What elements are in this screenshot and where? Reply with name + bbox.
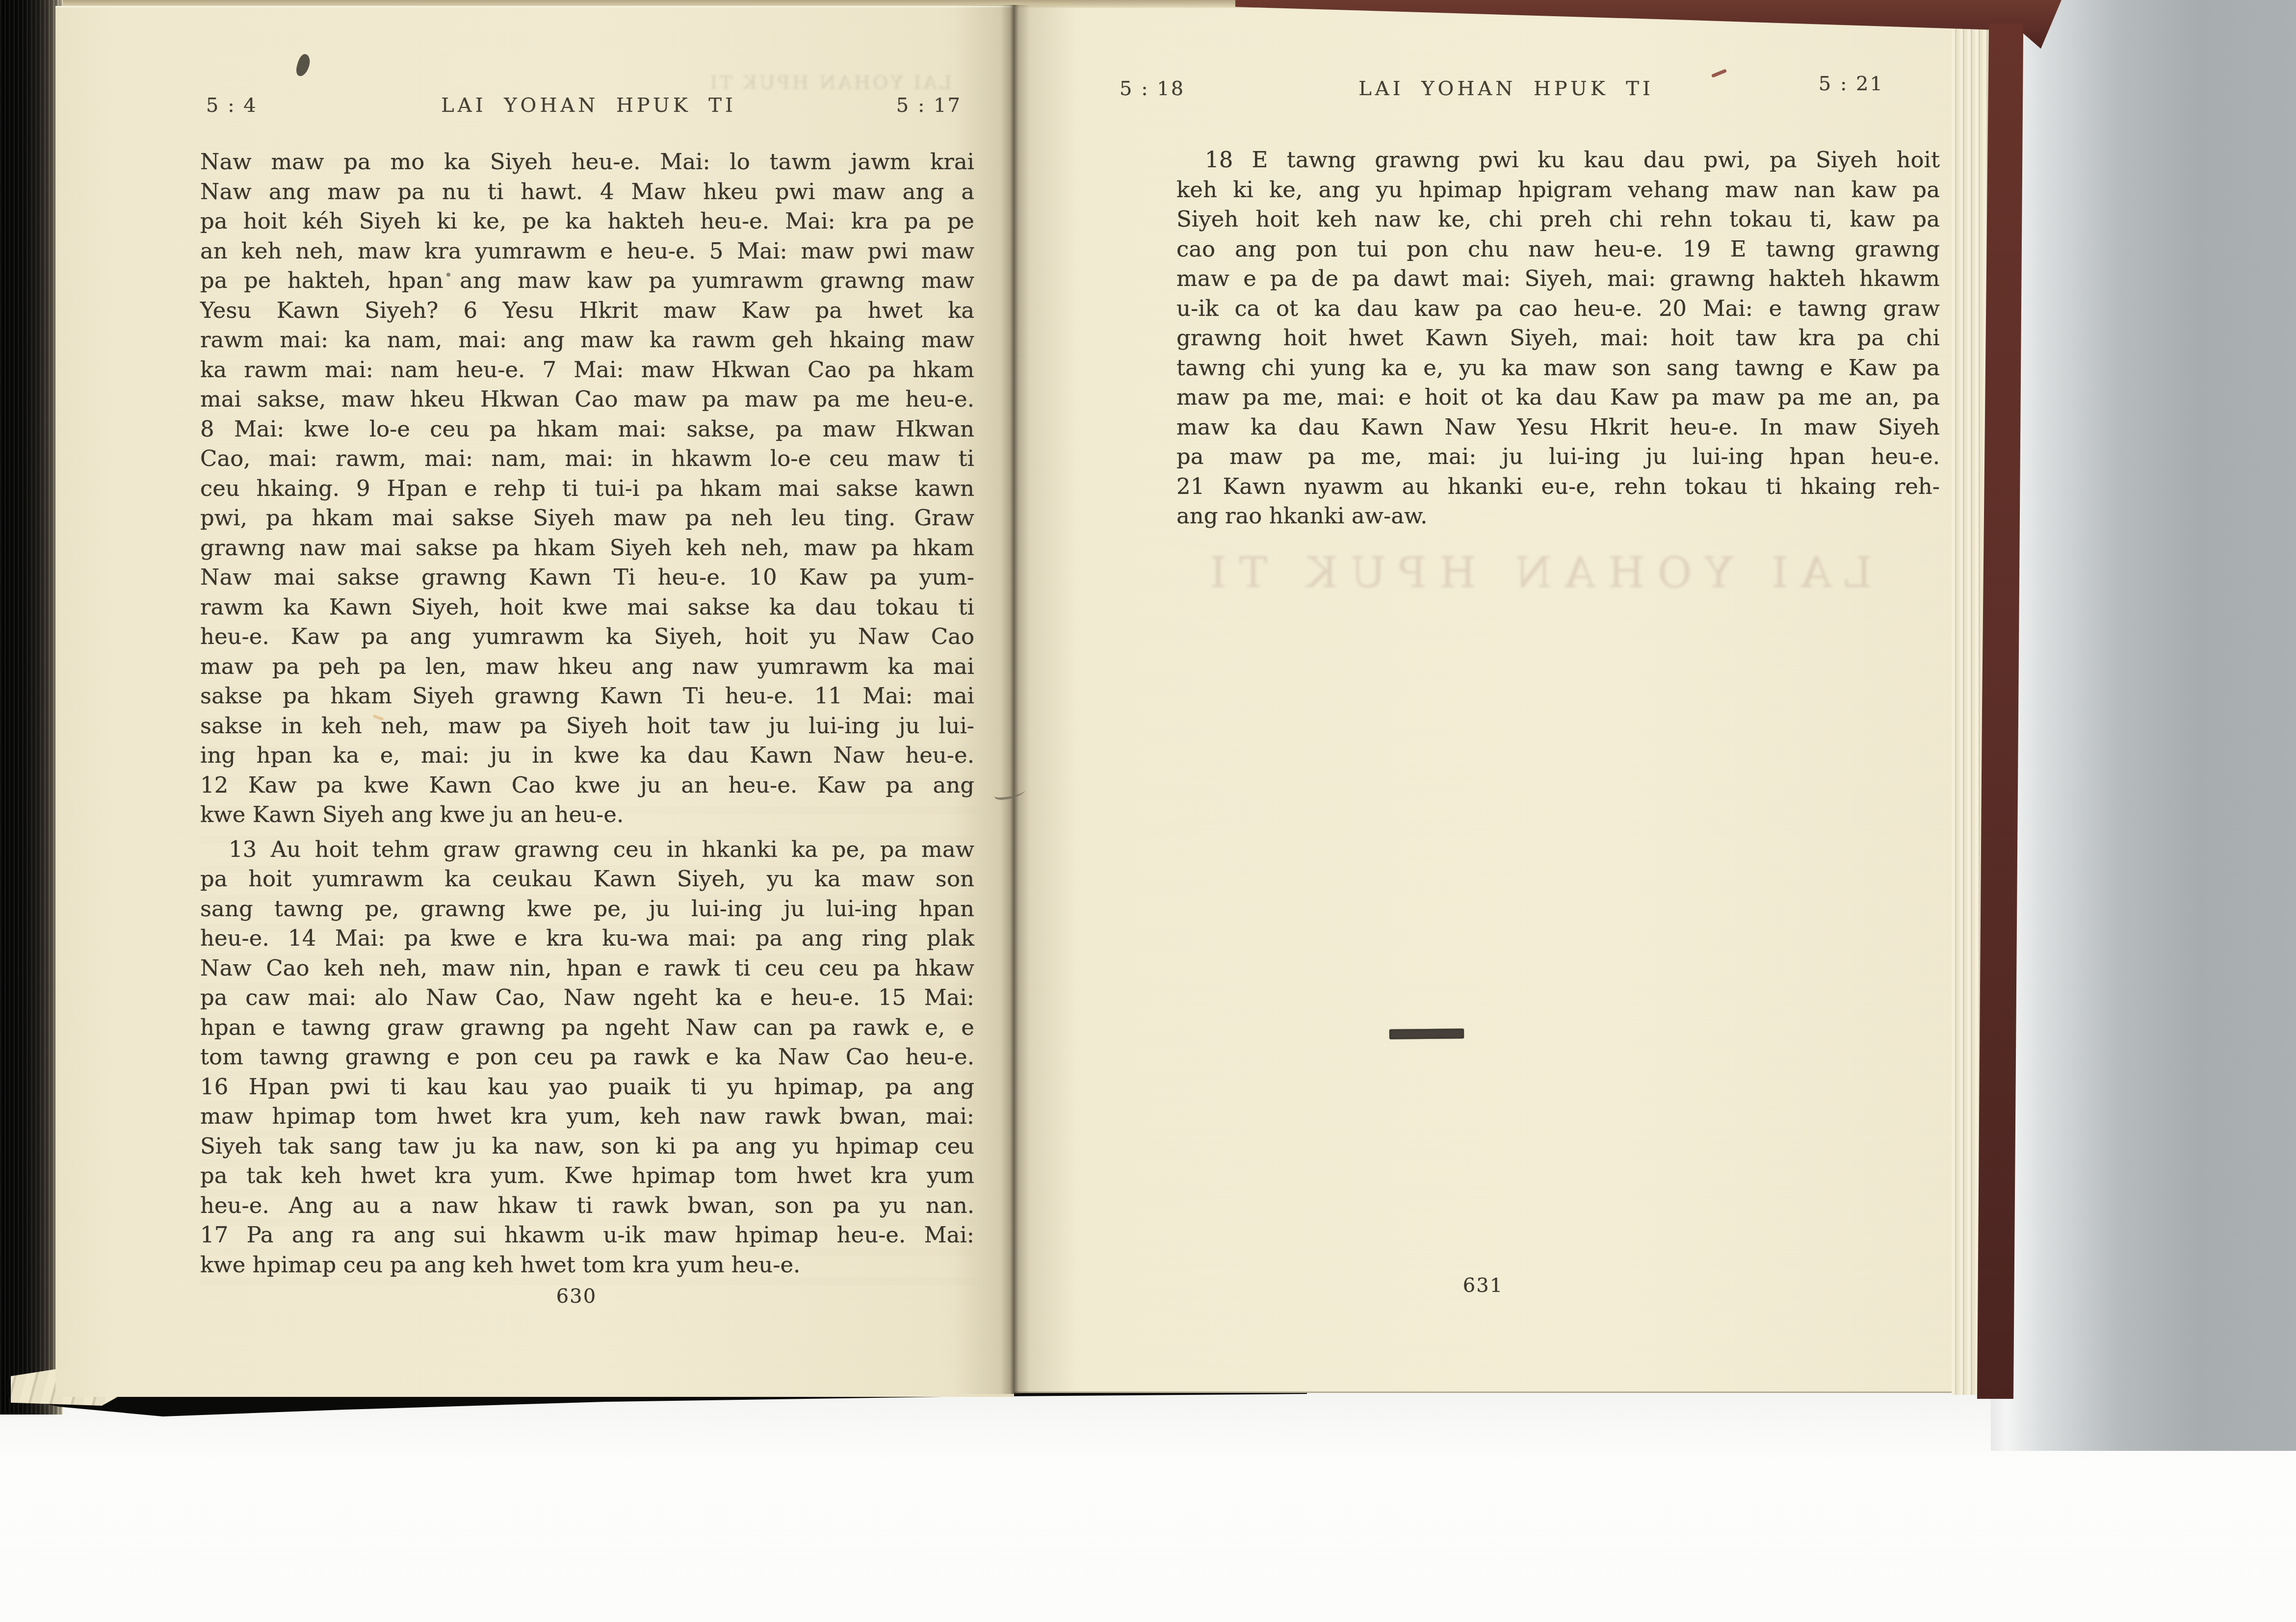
text-line: grawng hoit hwet Kawn Siyeh, mai: hoit t… xyxy=(1176,323,1940,353)
text-line: 16 Hpan pwi ti kau kau yao puaik ti yu h… xyxy=(200,1072,974,1102)
text-line: heu-e. Ang au a naw hkaw ti rawk bwan, s… xyxy=(200,1191,974,1221)
paper-speck xyxy=(1776,481,1779,484)
text-line: keh ki ke, ang yu hpimap hpigram vehang … xyxy=(1176,175,1940,205)
right-running-title: LAI YOHAN HPUK TI xyxy=(1295,77,1717,100)
text-line: 21 Kawn nyawm au hkanki eu-e, rehn tokau… xyxy=(1176,472,1940,502)
left-page-number: 630 xyxy=(545,1285,608,1308)
text-line: kwe Kawn Siyeh ang kwe ju an heu-e. xyxy=(200,800,974,830)
text-line: hpan e tawng graw grawng pa ngeht Naw ca… xyxy=(200,1013,974,1043)
left-header-verse-end: 5 : 17 xyxy=(859,94,962,117)
text-line: Siyeh hoit keh naw ke, chi preh chi rehn… xyxy=(1176,205,1940,234)
text-line: Naw Cao keh neh, maw nin, hpan e rawk ti… xyxy=(200,953,974,983)
right-text-block: 18 E tawng grawng pwi ku kau dau pwi, pa… xyxy=(1176,145,1940,531)
text-line: mai sakse, maw hkeu Hkwan Cao maw pa maw… xyxy=(200,385,974,414)
left-running-title: LAI YOHAN HPUK TI xyxy=(343,94,834,117)
ghost-title-right-page: LAI YOHAN HPUK TI xyxy=(1197,548,1872,597)
text-line: ceu hkaing. 9 Hpan e rehp ti tui-i pa hk… xyxy=(200,474,974,504)
text-line: kwe hpimap ceu pa ang keh hwet tom kra y… xyxy=(200,1250,974,1280)
text-line: u-ik ca ot ka dau kaw pa cao heu-e. 20 M… xyxy=(1176,294,1940,324)
text-line: maw ka dau Kawn Naw Yesu Hkrit heu-e. In… xyxy=(1176,412,1940,442)
text-line: pa hoit yumrawm ka ceukau Kawn Siyeh, yu… xyxy=(200,864,974,894)
text-line: cao ang pon tui pon chu naw heu-e. 19 E … xyxy=(1176,234,1940,264)
text-line: 13 Au hoit tehm graw grawng ceu in hkank… xyxy=(200,835,974,865)
text-line: Naw ang maw pa nu ti hawt. 4 Maw hkeu pw… xyxy=(200,177,974,207)
text-line: 17 Pa ang ra ang sui hkawm u-ik maw hpim… xyxy=(200,1220,974,1250)
right-page-number: 631 xyxy=(1451,1274,1515,1297)
text-line: sang tawng pe, grawng kwe pe, ju lui-ing… xyxy=(200,894,974,924)
book-left-page-block-edge xyxy=(0,0,63,1415)
text-line: rawm ka Kawn Siyeh, hoit kwe mai sakse k… xyxy=(200,592,974,622)
ghost-header-left-page: LAI YOHAN HPUK TI xyxy=(687,72,952,93)
text-line: ing hpan ka e, mai: ju in kwe ka dau Kaw… xyxy=(200,741,974,771)
text-line: pa hoit kéh Siyeh ki ke, pe ka hakteh he… xyxy=(200,206,974,236)
text-line: tom tawng grawng e pon ceu pa rawk e ka … xyxy=(200,1042,974,1072)
left-text-block: Naw maw pa mo ka Siyeh heu-e. Mai: lo ta… xyxy=(200,147,974,1280)
text-line: Yesu Kawn Siyeh? 6 Yesu Hkrit maw Kaw pa… xyxy=(200,296,974,326)
text-line: maw pa me, mai: e hoit ot ka dau Kaw pa … xyxy=(1176,383,1940,412)
text-line: maw pa peh pa len, maw hkeu ang naw yumr… xyxy=(200,652,974,682)
paper-speck xyxy=(446,273,450,277)
right-header-verse-start: 5 : 18 xyxy=(1120,77,1185,100)
text-line: tawng chi yung ka e, yu ka maw son sang … xyxy=(1176,353,1940,383)
text-line: heu-e. 14 Mai: pa kwe e kra ku-wa mai: p… xyxy=(200,924,974,953)
right-header-verse-end: 5 : 21 xyxy=(1786,73,1884,95)
text-line: sakse in keh neh, maw pa Siyeh hoit taw … xyxy=(200,711,974,741)
text-line: pwi, pa hkam mai sakse Siyeh maw pa neh … xyxy=(200,503,974,533)
text-line: pa maw pa me, mai: ju lui-ing ju lui-ing… xyxy=(1176,442,1940,472)
scanned-book-spread: LAI YOHAN HPUK TI LAI YOHAN HPUK TI 5 : … xyxy=(0,0,2296,1622)
text-line: ka rawm mai: nam heu-e. 7 Mai: maw Hkwan… xyxy=(200,355,974,385)
scanner-background-right xyxy=(1991,0,2296,1451)
scanner-background-bottom xyxy=(0,1393,2296,1622)
text-line: pa pe hakteh, hpan ang maw kaw pa yumraw… xyxy=(200,266,974,296)
text-line: Cao, mai: rawm, mai: nam, mai: in hkawm … xyxy=(200,444,974,474)
text-line: pa caw mai: alo Naw Cao, Naw ngeht ka e … xyxy=(200,983,974,1013)
text-line: Siyeh tak sang taw ju ka naw, son ki pa … xyxy=(200,1132,974,1161)
text-line: 12 Kaw pa kwe Kawn Cao kwe ju an heu-e. … xyxy=(200,771,974,800)
text-line: 8 Mai: kwe lo-e ceu pa hkam mai: sakse, … xyxy=(200,414,974,444)
text-line: rawm mai: ka nam, mai: ang maw ka rawm g… xyxy=(200,325,974,355)
inked-out-mark xyxy=(1389,1029,1464,1039)
text-line: maw e pa de pa dawt mai: Siyeh, mai: gra… xyxy=(1176,264,1940,294)
text-line: Naw mai sakse grawng Kawn Ti heu-e. 10 K… xyxy=(200,563,974,592)
text-line: ang rao hkanki aw-aw. xyxy=(1176,501,1940,531)
text-line: heu-e. Kaw pa ang yumrawm ka Siyeh, hoit… xyxy=(200,622,974,652)
text-line: Naw maw pa mo ka Siyeh heu-e. Mai: lo ta… xyxy=(200,147,974,177)
text-line: grawng naw mai sakse pa hkam Siyeh keh n… xyxy=(200,533,974,563)
page-block-streaks xyxy=(0,0,63,1415)
text-line: pa tak keh hwet kra yum. Kwe hpimap tom … xyxy=(200,1161,974,1191)
text-line: maw hpimap tom hwet kra yum, keh naw raw… xyxy=(200,1102,974,1132)
text-line: 18 E tawng grawng pwi ku kau dau pwi, pa… xyxy=(1176,145,1940,175)
text-line: an keh neh, maw kra yumrawm e heu-e. 5 M… xyxy=(200,236,974,266)
left-header-verse-start: 5 : 4 xyxy=(206,94,258,117)
text-line: sakse pa hkam Siyeh grawng Kawn Ti heu-e… xyxy=(200,681,974,711)
